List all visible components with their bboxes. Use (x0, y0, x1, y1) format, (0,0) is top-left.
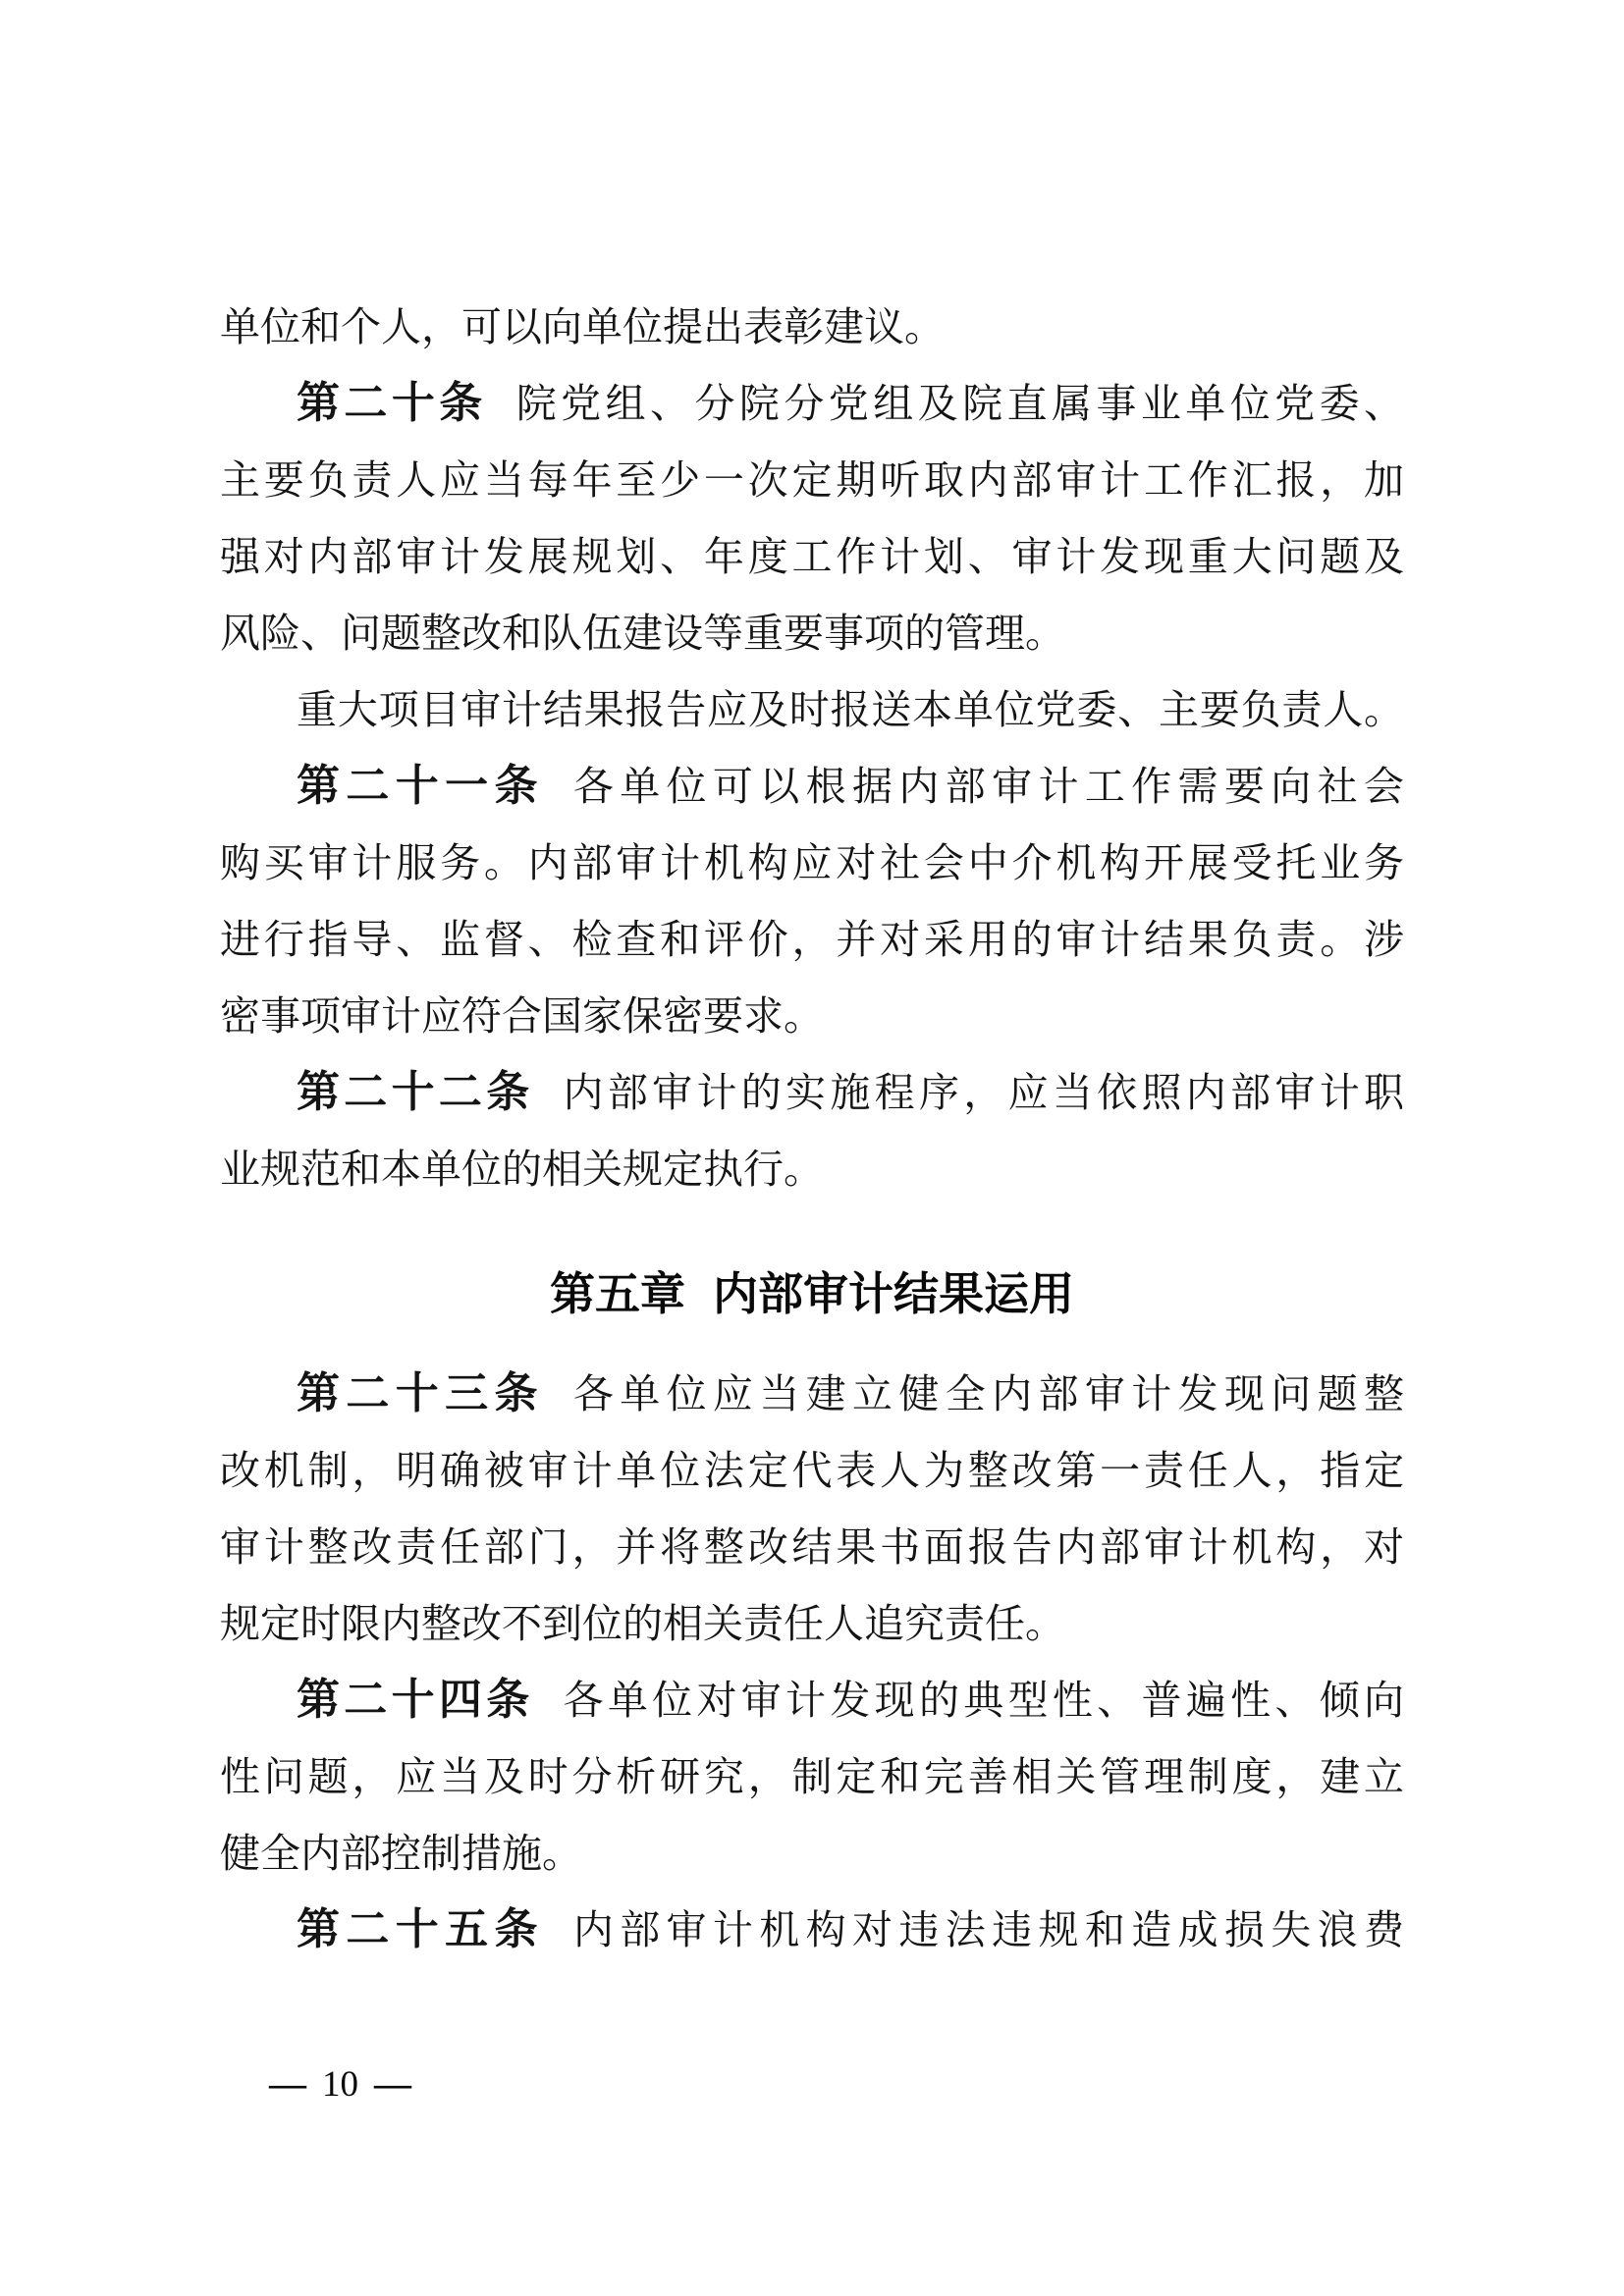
body-text: 单位和个人，可以向单位提出表彰建议。 (220, 304, 945, 349)
body-text: 内部审计机构对违法违规和造成损失浪费 (573, 1907, 1404, 1952)
text-line: 第二十一条各单位可以根据内部审计工作需要向社会 (220, 748, 1404, 825)
article-number: 第二十条 (297, 379, 487, 427)
footer-page-number: 10 (322, 2064, 358, 2105)
body-text: 业规范和本单位的相关规定执行。 (220, 1147, 824, 1192)
chapter-heading: 第五章内部审计结果运用 (0, 1255, 1624, 1332)
chapter-title: 内部审计结果运用 (713, 1268, 1074, 1319)
text-line: 审计整改责任部门，并将整改结果书面报告内部审计机构，对 (220, 1509, 1404, 1585)
article-number: 第二十四条 (297, 1676, 534, 1724)
text-line: 主要负责人应当每年至少一次定期听取内部审计工作汇报，加 (220, 442, 1404, 518)
text-line: 健全内部控制措施。 (220, 1815, 1404, 1892)
body-text: 改机制，明确被审计单位法定代表人为整改第一责任人，指定 (220, 1448, 1404, 1493)
body-text-block-lower: 第二十三条各单位应当建立健全内部审计发现问题整改机制，明确被审计单位法定代表人为… (220, 1356, 1404, 1968)
text-line: 购买审计服务。内部审计机构应对社会中介机构开展受托业务 (220, 825, 1404, 901)
body-text: 审计整改责任部门，并将整改结果书面报告内部审计机构，对 (220, 1524, 1404, 1570)
body-text: 主要负责人应当每年至少一次定期听取内部审计工作汇报，加 (220, 457, 1404, 503)
body-text: 院党组、分院分党组及院直属事业单位党委、 (516, 381, 1404, 426)
text-line: 第二十四条各单位对审计发现的典型性、普遍性、倾向 (220, 1662, 1404, 1738)
article-number: 第二十五条 (297, 1905, 544, 1953)
page-footer: —10— (269, 2059, 411, 2109)
body-text: 各单位应当建立健全内部审计发现问题整 (573, 1371, 1404, 1416)
body-text: 性问题，应当及时分析研究，制定和完善相关管理制度，建立 (220, 1754, 1404, 1799)
article-number: 第二十三条 (297, 1369, 544, 1417)
body-text: 各单位对审计发现的典型性、普遍性、倾向 (564, 1678, 1404, 1723)
body-text: 各单位可以根据内部审计工作需要向社会 (573, 764, 1404, 809)
body-text: 风险、问题整改和队伍建设等重要事项的管理。 (220, 611, 1065, 656)
body-text: 重大项目审计结果报告应及时报送本单位党委、主要负责人。 (297, 687, 1404, 732)
text-line: 风险、问题整改和队伍建设等重要事项的管理。 (220, 595, 1404, 671)
text-line: 第二十二条内部审计的实施程序，应当依照内部审计职 (220, 1054, 1404, 1131)
text-line: 单位和个人，可以向单位提出表彰建议。 (220, 289, 1404, 365)
text-line: 重大项目审计结果报告应及时报送本单位党委、主要负责人。 (220, 671, 1404, 748)
body-text: 规定时限内整改不到位的相关责任人追究责任。 (220, 1601, 1065, 1646)
body-text: 购买审计服务。内部审计机构应对社会中介机构开展受托业务 (220, 840, 1404, 885)
text-line: 进行指导、监督、检查和评价，并对采用的审计结果负责。涉 (220, 901, 1404, 978)
text-line: 业规范和本单位的相关规定执行。 (220, 1131, 1404, 1207)
article-number: 第二十二条 (297, 1068, 534, 1116)
document-page: 单位和个人，可以向单位提出表彰建议。第二十条院党组、分院分党组及院直属事业单位党… (0, 0, 1624, 2296)
chapter-number: 第五章 (550, 1268, 685, 1319)
footer-dash-left: — (269, 2063, 306, 2105)
body-text: 健全内部控制措施。 (220, 1831, 582, 1876)
text-line: 第二十三条各单位应当建立健全内部审计发现问题整 (220, 1356, 1404, 1432)
body-text: 内部审计的实施程序，应当依照内部审计职 (564, 1070, 1404, 1115)
text-line: 密事项审计应符合国家保密要求。 (220, 978, 1404, 1054)
body-text: 进行指导、监督、检查和评价，并对采用的审计结果负责。涉 (220, 917, 1404, 962)
body-text: 强对内部审计发展规划、年度工作计划、审计发现重大问题及 (220, 534, 1404, 579)
text-line: 强对内部审计发展规划、年度工作计划、审计发现重大问题及 (220, 518, 1404, 595)
body-text-block-upper: 单位和个人，可以向单位提出表彰建议。第二十条院党组、分院分党组及院直属事业单位党… (220, 289, 1404, 1207)
text-line: 性问题，应当及时分析研究，制定和完善相关管理制度，建立 (220, 1738, 1404, 1815)
text-line: 第二十五条内部审计机构对违法违规和造成损失浪费 (220, 1892, 1404, 1968)
body-text: 密事项审计应符合国家保密要求。 (220, 993, 824, 1039)
text-line: 第二十条院党组、分院分党组及院直属事业单位党委、 (220, 365, 1404, 442)
text-line: 改机制，明确被审计单位法定代表人为整改第一责任人，指定 (220, 1432, 1404, 1509)
footer-dash-right: — (374, 2063, 411, 2105)
article-number: 第二十一条 (297, 762, 544, 810)
text-line: 规定时限内整改不到位的相关责任人追究责任。 (220, 1585, 1404, 1662)
